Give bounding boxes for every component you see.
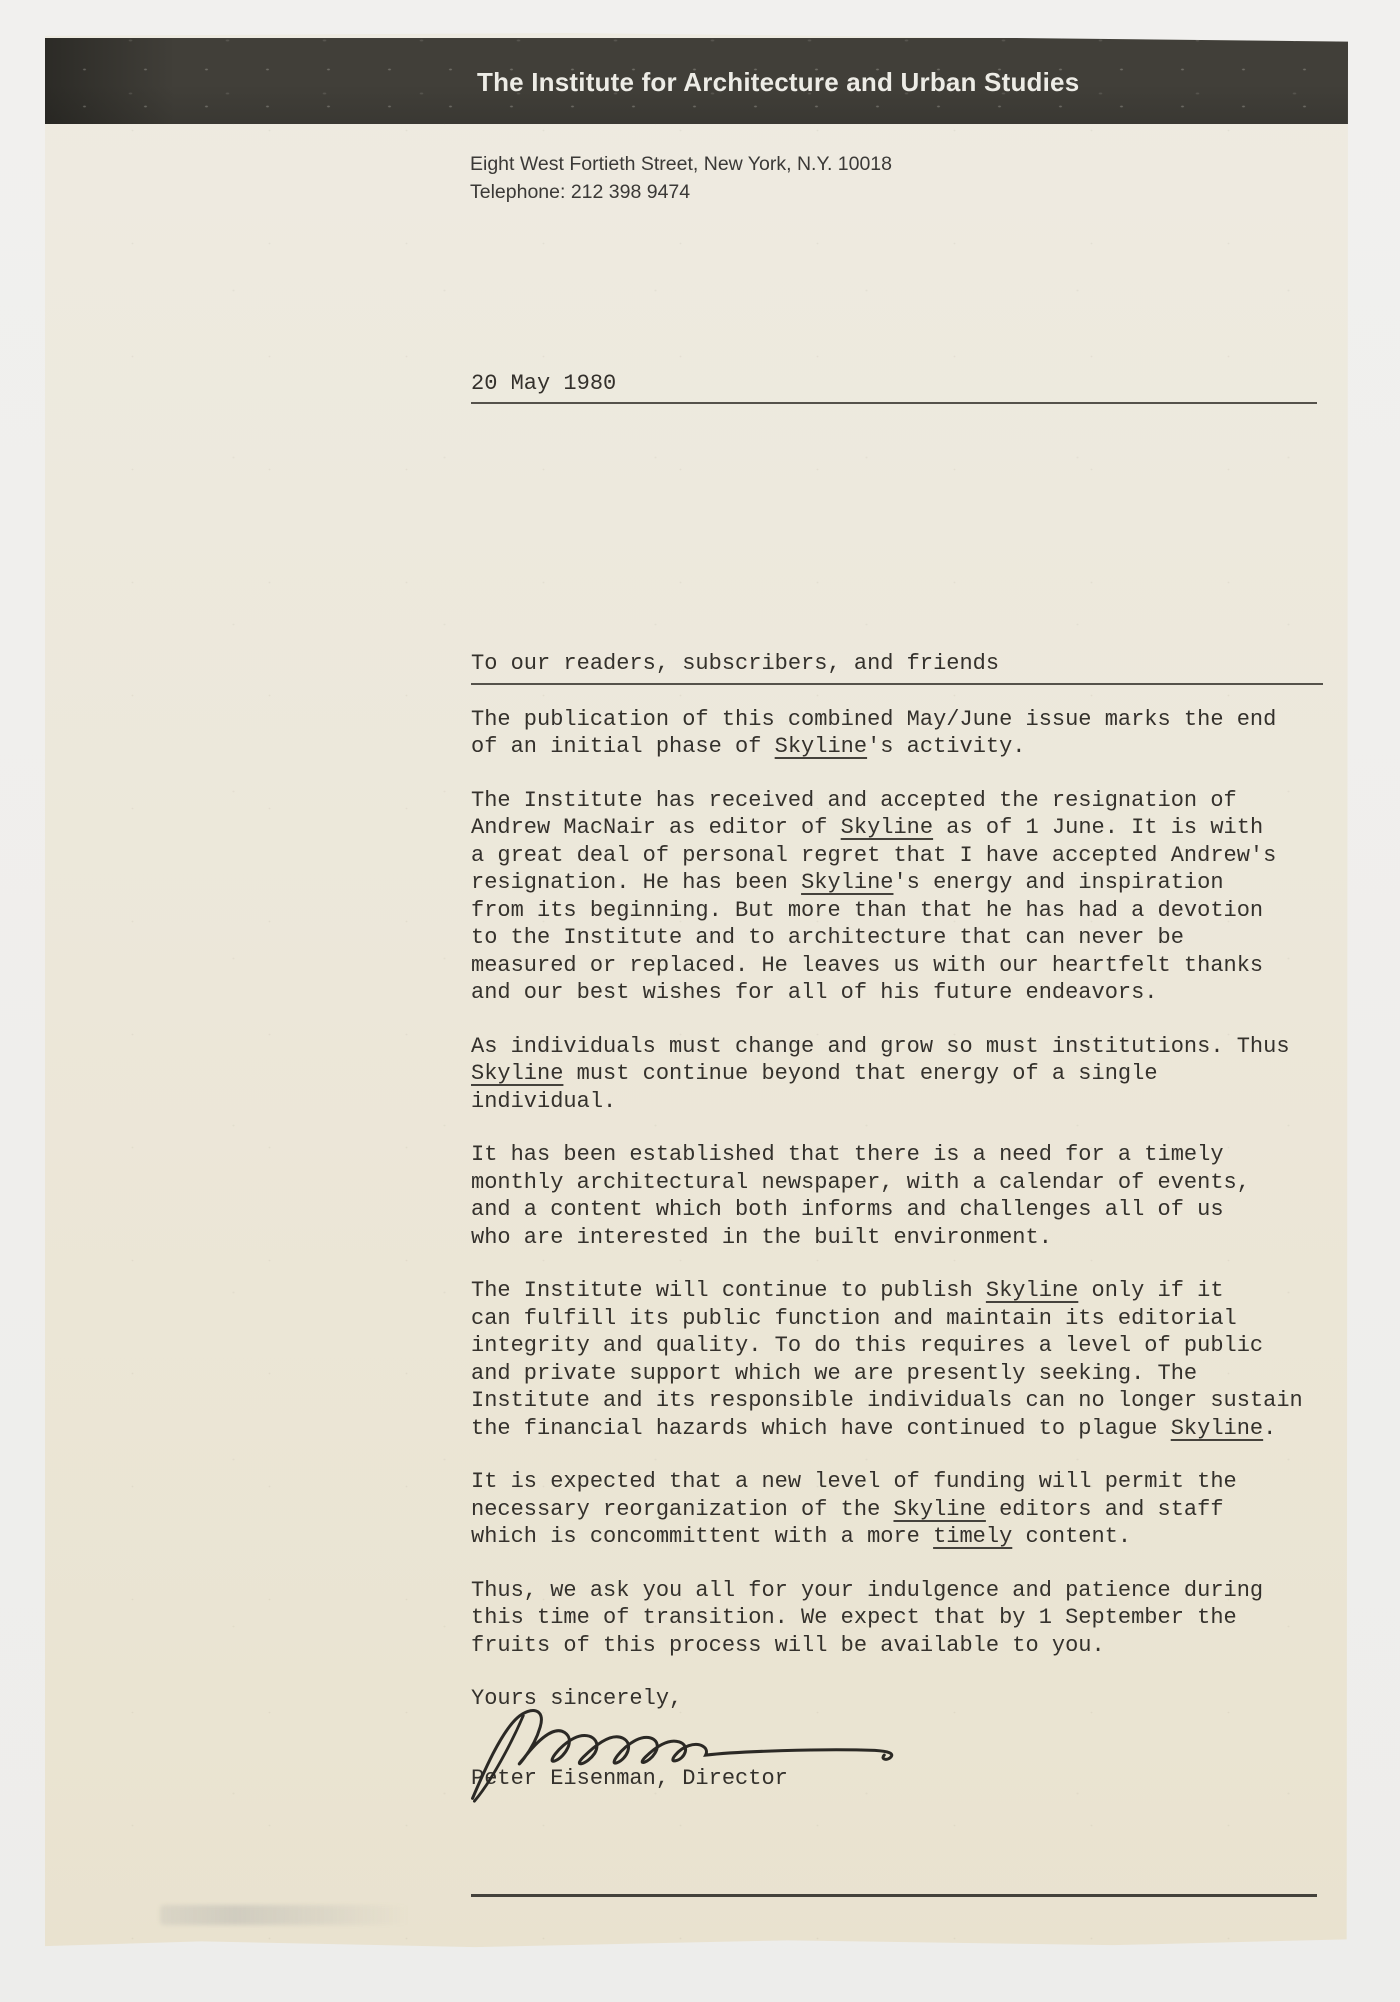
paragraph-3: As individuals must change and grow so m… bbox=[471, 1033, 1323, 1116]
paragraph-1: The publication of this combined May/Jun… bbox=[471, 706, 1323, 761]
letterhead-bar: The Institute for Architecture and Urban… bbox=[45, 38, 1348, 124]
letterhead-address: Eight West Fortieth Street, New York, N.… bbox=[470, 150, 892, 206]
paragraph-5: The Institute will continue to publish S… bbox=[471, 1277, 1323, 1442]
letter-paper: The Institute for Architecture and Urban… bbox=[45, 33, 1348, 1949]
letter-date: 20 May 1980 bbox=[471, 371, 616, 396]
ink-bleed-mark bbox=[160, 1905, 410, 1925]
address-telephone-line: Telephone: 212 398 9474 bbox=[470, 178, 892, 206]
bottom-rule bbox=[471, 1894, 1317, 1897]
letter-body: To our readers, subscribers, and friends… bbox=[471, 650, 1323, 1792]
signature-icon bbox=[465, 1693, 935, 1805]
address-street-line: Eight West Fortieth Street, New York, N.… bbox=[470, 150, 892, 178]
paragraph-4: It has been established that there is a … bbox=[471, 1141, 1323, 1251]
date-line: 20 May 1980 bbox=[471, 371, 1317, 404]
paragraph-2: The Institute has received and accepted … bbox=[471, 787, 1323, 1007]
paragraph-7: Thus, we ask you all for your indulgence… bbox=[471, 1577, 1323, 1660]
paragraph-6: It is expected that a new level of fundi… bbox=[471, 1468, 1323, 1551]
org-name-title: The Institute for Architecture and Urban… bbox=[45, 65, 1079, 98]
salutation-line: To our readers, subscribers, and friends bbox=[471, 650, 1323, 685]
